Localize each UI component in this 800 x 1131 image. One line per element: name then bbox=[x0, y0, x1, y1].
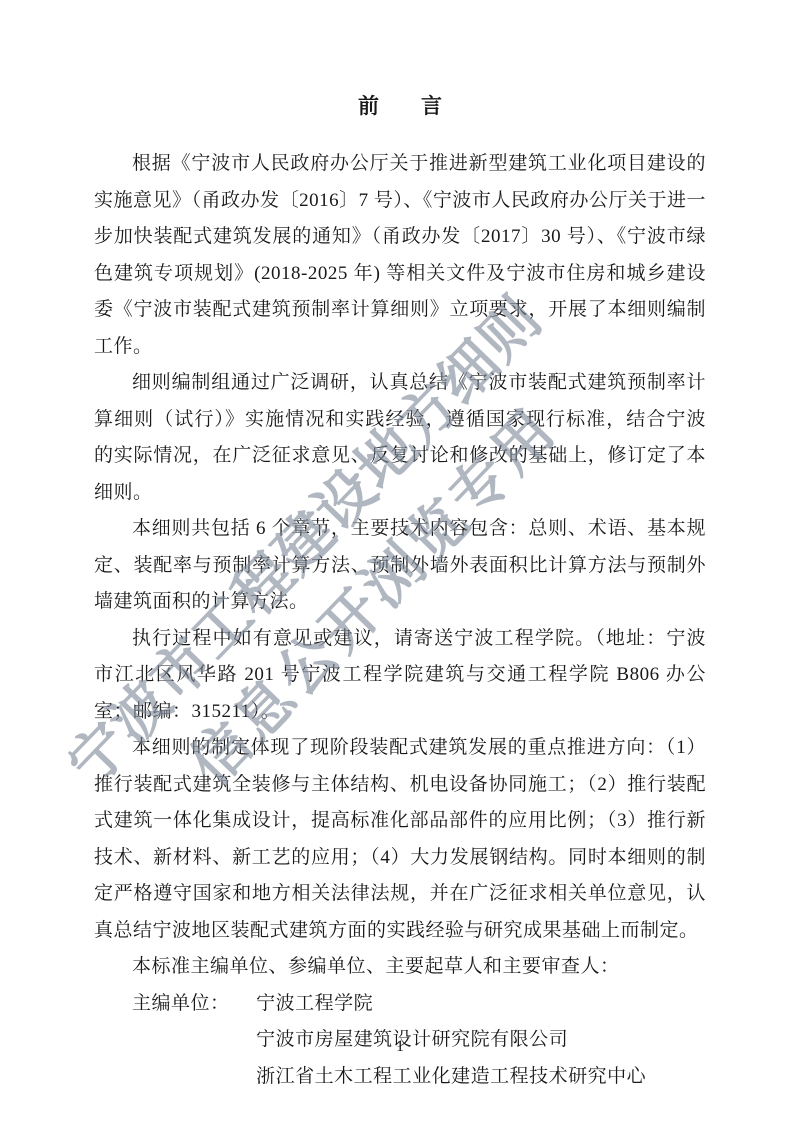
page-title: 前 言 bbox=[94, 92, 706, 120]
paragraph-basis: 根据《宁波市人民政府办公厅关于推进新型建筑工业化项目建设的实施意见》（甬政办发〔… bbox=[94, 146, 706, 365]
paragraph-revision-process: 细则编制组通过广泛调研，认真总结《宁波市装配式建筑预制率计算细则（试行）》实施情… bbox=[94, 365, 706, 511]
credits-intro: 本标准主编单位、参编单位、主要起草人和主要审查人： bbox=[94, 949, 706, 986]
document-content: 前 言 根据《宁波市人民政府办公厅关于推进新型建筑工业化项目建设的实施意见》（甬… bbox=[94, 92, 706, 1095]
paragraph-key-directions: 本细则的制定体现了现阶段装配式建筑发展的重点推进方向：（1）推行装配式建筑全装修… bbox=[94, 730, 706, 949]
chief-editor-organization: 宁波工程学院 bbox=[256, 986, 646, 1023]
chief-editor-organization: 浙江省土木工程工业化建造工程技术研究中心 bbox=[256, 1059, 646, 1096]
paragraph-chapters: 本细则共包括 6 个章节，主要技术内容包含：总则、术语、基本规定、装配率与预制率… bbox=[94, 511, 706, 621]
paragraph-feedback-address: 执行过程中如有意见或建议，请寄送宁波工程学院。（地址：宁波市江北区风华路 201… bbox=[94, 621, 706, 731]
chief-editor-label: 主编单位： bbox=[132, 986, 230, 1023]
page-number: 1 bbox=[0, 1038, 800, 1056]
document-page: 前 言 根据《宁波市人民政府办公厅关于推进新型建筑工业化项目建设的实施意见》（甬… bbox=[0, 0, 800, 1131]
